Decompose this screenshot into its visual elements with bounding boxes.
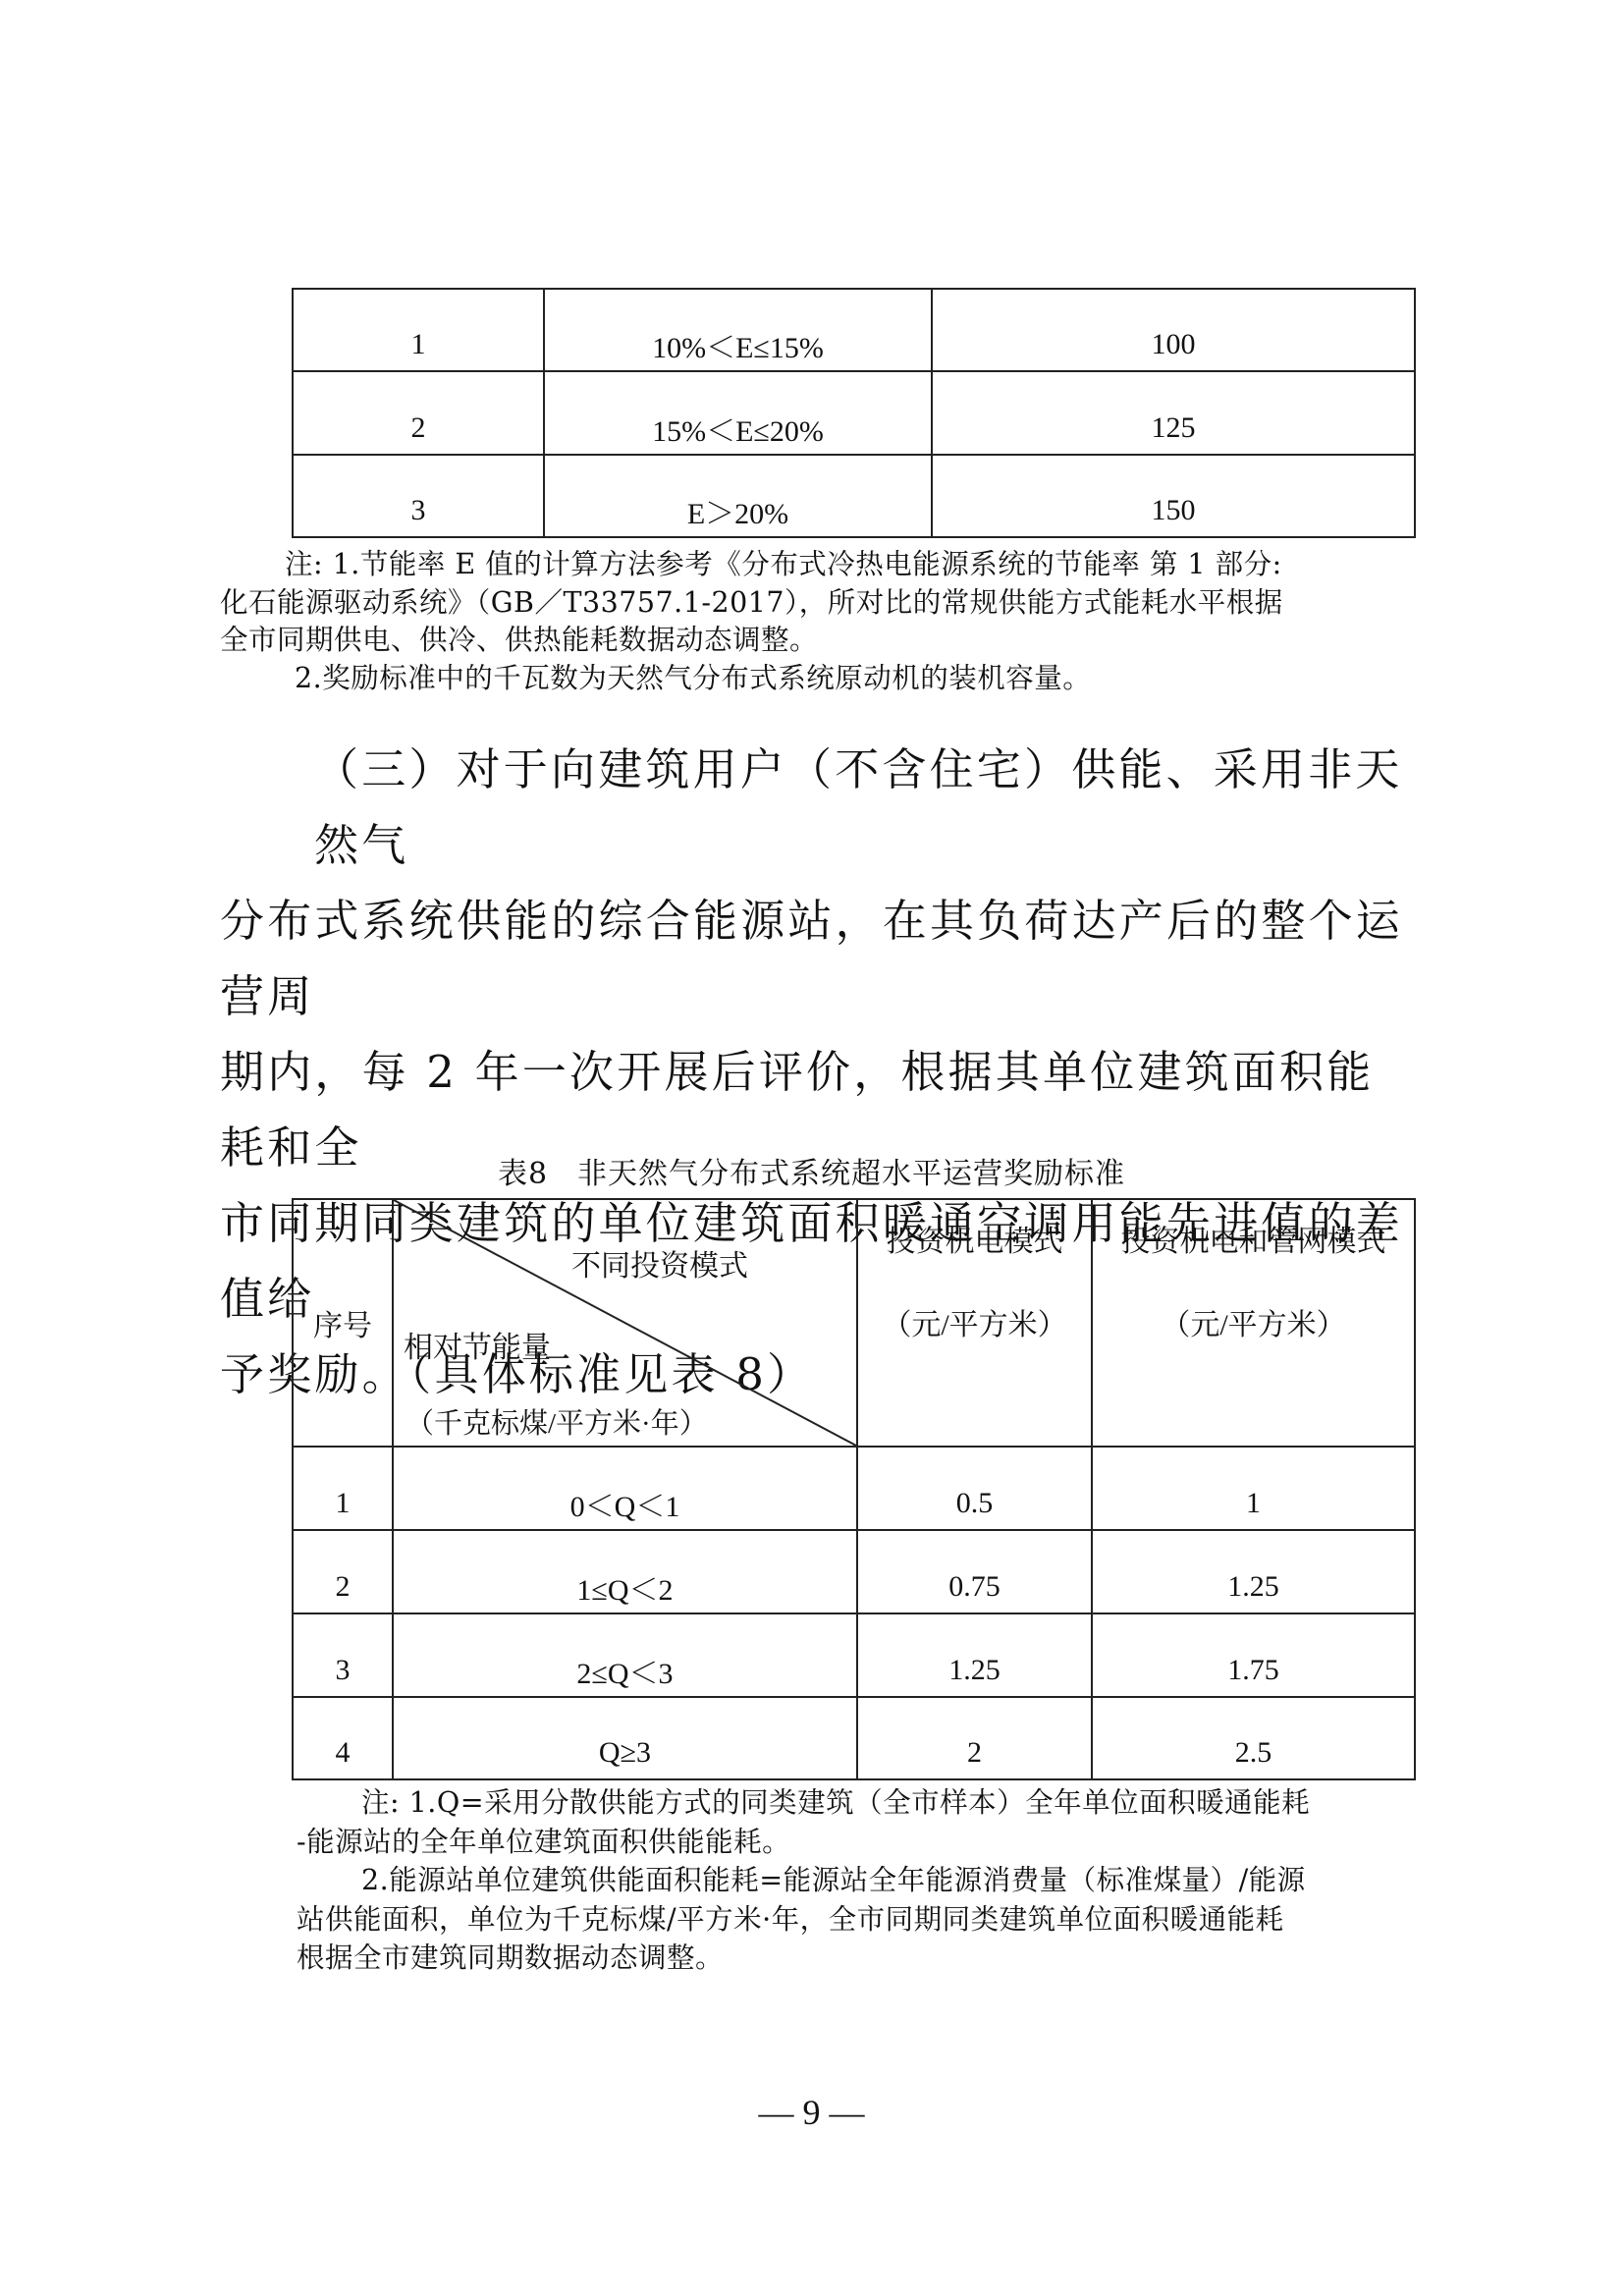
table-row: 2 1≤Q＜2 0.75 1.25 <box>293 1530 1415 1613</box>
reward-table-natural-gas-partial: 1 10%＜E≤15% 100 2 15%＜E≤20% 125 3 E＞20% … <box>292 288 1416 538</box>
table-row: 1 10%＜E≤15% 100 <box>293 289 1415 371</box>
saving-range: 1≤Q＜2 <box>393 1530 857 1613</box>
row-index: 1 <box>293 1447 393 1530</box>
note-line: 站供能面积，单位为千克标煤/平方米·年，全市同期同类建筑单位面积暖通能耗 <box>297 1900 1416 1940</box>
table8-reward-standard: 序号 不同投资模式 相对节能量 （千克标煤/平方米·年） 投资机电模式 （元/平… <box>292 1198 1416 1780</box>
table-row: 3 E＞20% 150 <box>293 455 1415 537</box>
header-mode-electromechanical: 投资机电模式 （元/平方米） <box>857 1199 1092 1447</box>
reward-value: 100 <box>932 289 1415 371</box>
header-relative-saving: 相对节能量 <box>404 1323 551 1366</box>
table-header-row: 序号 不同投资模式 相对节能量 （千克标煤/平方米·年） 投资机电模式 （元/平… <box>293 1199 1415 1447</box>
table8-caption: 表8非天然气分布式系统超水平运营奖励标准 <box>0 1149 1623 1192</box>
saving-range: Q≥3 <box>393 1697 857 1779</box>
note-line: 根据全市建筑同期数据动态调整。 <box>297 1939 1416 1978</box>
note-line: 全市同期供电、供冷、供热能耗数据动态调整。 <box>220 622 1418 660</box>
table-row: 3 2≤Q＜3 1.25 1.75 <box>293 1613 1415 1697</box>
row-index: 1 <box>293 289 544 371</box>
header-index: 序号 <box>293 1199 393 1447</box>
row-index: 4 <box>293 1697 393 1779</box>
energy-saving-rate-range: 10%＜E≤15% <box>544 289 932 371</box>
reward-mode2: 1 <box>1092 1447 1415 1530</box>
paragraph-line: 分布式系统供能的综合能源站，在其负荷达产后的整个运营周 <box>220 883 1413 1034</box>
header-unit: （千克标煤/平方米·年） <box>406 1401 708 1442</box>
table-row: 2 15%＜E≤20% 125 <box>293 371 1415 455</box>
table8-notes: 注: 1.Q=采用分散供能方式的同类建筑（全市样本）全年单位面积暖通能耗 -能源… <box>297 1783 1416 1978</box>
reward-mode1: 0.5 <box>857 1447 1092 1530</box>
reward-mode2: 1.75 <box>1092 1613 1415 1697</box>
row-index: 2 <box>293 1530 393 1613</box>
header-diagonal-cell: 不同投资模式 相对节能量 （千克标煤/平方米·年） <box>393 1199 857 1447</box>
energy-saving-rate-range: 15%＜E≤20% <box>544 371 932 455</box>
header-investment-mode: 不同投资模式 <box>571 1241 748 1285</box>
reward-mode1: 2 <box>857 1697 1092 1779</box>
paragraph-line: （三）对于向建筑用户（不含住宅）供能、采用非天然气 <box>220 732 1413 883</box>
header-unit: （元/平方米） <box>858 1284 1091 1367</box>
reward-value: 125 <box>932 371 1415 455</box>
note-line: 2.奖励标准中的千瓦数为天然气分布式系统原动机的装机容量。 <box>220 660 1418 698</box>
header-mode-electromechanical-pipe: 投资机电和管网模式 （元/平方米） <box>1092 1199 1415 1447</box>
note-line: -能源站的全年单位建筑面积供能能耗。 <box>297 1823 1416 1862</box>
row-index: 2 <box>293 371 544 455</box>
header-label: 投资机电模式 <box>858 1200 1091 1284</box>
page-number: — 9 — <box>0 2092 1623 2133</box>
header-unit: （元/平方米） <box>1093 1284 1414 1367</box>
table8-caption-number: 表8 <box>498 1157 548 1191</box>
row-index: 3 <box>293 1613 393 1697</box>
row-index: 3 <box>293 455 544 537</box>
reward-mode1: 1.25 <box>857 1613 1092 1697</box>
table8-caption-title: 非天然气分布式系统超水平运营奖励标准 <box>577 1157 1125 1191</box>
saving-range: 0＜Q＜1 <box>393 1447 857 1530</box>
reward-mode2: 1.25 <box>1092 1530 1415 1613</box>
energy-saving-rate-range: E＞20% <box>544 455 932 537</box>
note-line: 2.能源站单位建筑供能面积能耗=能源站全年能源消费量（标准煤量）/能源 <box>297 1861 1416 1900</box>
note-line: 注: 1.Q=采用分散供能方式的同类建筑（全市样本）全年单位面积暖通能耗 <box>297 1783 1416 1823</box>
reward-value: 150 <box>932 455 1415 537</box>
reward-mode2: 2.5 <box>1092 1697 1415 1779</box>
header-label: 投资机电和管网模式 <box>1093 1200 1414 1284</box>
note-line: 化石能源驱动系统》（GB／T33757.1-2017），所对比的常规供能方式能耗… <box>220 584 1418 623</box>
reward-mode1: 0.75 <box>857 1530 1092 1613</box>
table-row: 1 0＜Q＜1 0.5 1 <box>293 1447 1415 1530</box>
saving-range: 2≤Q＜3 <box>393 1613 857 1697</box>
table-row: 4 Q≥3 2 2.5 <box>293 1697 1415 1779</box>
note-line: 注: 1.节能率 E 值的计算方法参考《分布式冷热电能源系统的节能率 第 1 部… <box>220 546 1418 584</box>
table7-notes: 注: 1.节能率 E 值的计算方法参考《分布式冷热电能源系统的节能率 第 1 部… <box>220 546 1418 697</box>
